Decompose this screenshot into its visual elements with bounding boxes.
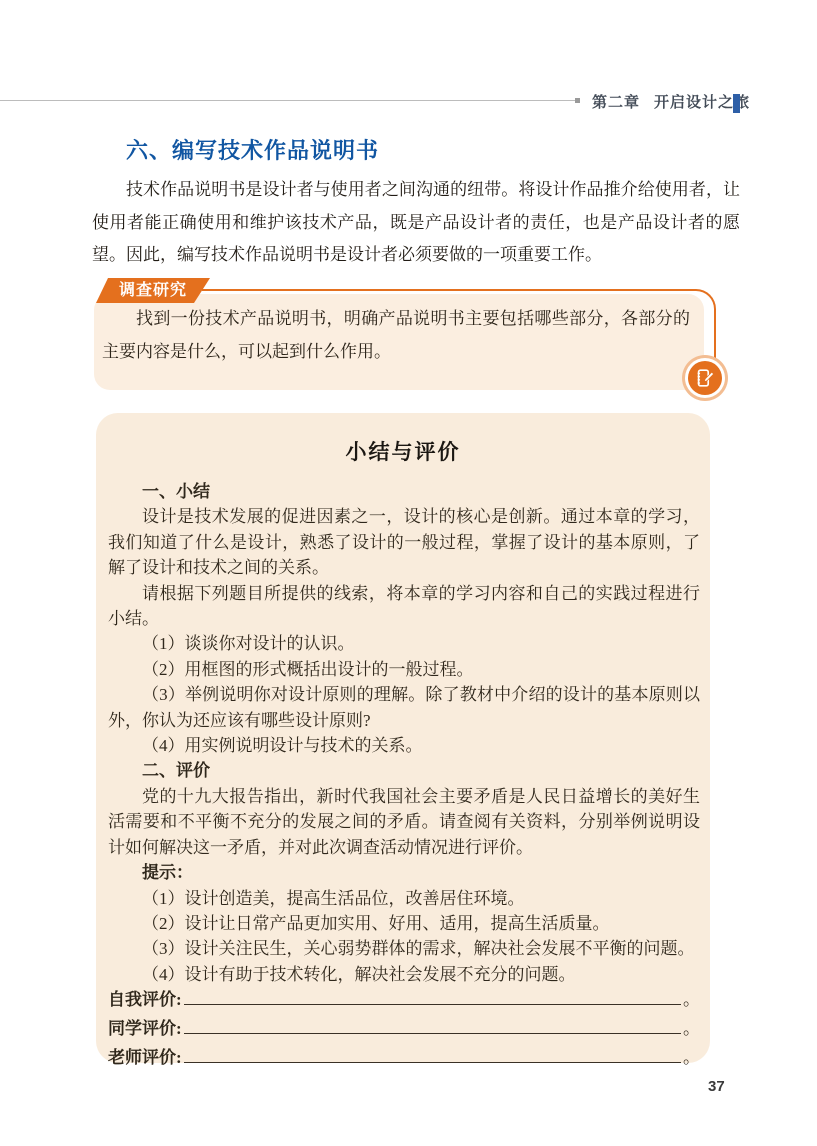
self-evaluation-period: 。 <box>683 987 700 1012</box>
running-header: 第二章开启设计之旅 <box>592 91 750 112</box>
self-evaluation-line: 自我评价: 。 <box>108 987 700 1016</box>
intro-paragraph: 技术作品说明书是设计者与使用者之间沟通的纽带。将设计作品推介给使用者，让使用者能… <box>92 174 740 272</box>
teacher-evaluation-period: 。 <box>683 1045 700 1070</box>
part1-item-4: （4）用实例说明设计与技术的关系。 <box>108 733 700 758</box>
hint-item-4: （4）设计有助于技术转化，解决社会发展不充分的问题。 <box>108 962 700 987</box>
peer-evaluation-line: 同学评价: 。 <box>108 1016 700 1045</box>
summary-evaluation-box: 小结与评价 一、小结 设计是技术发展的促进因素之一，设计的核心是创新。通过本章的… <box>96 413 710 1063</box>
hint-item-3: （3）设计关注民生，关心弱势群体的需求，解决社会发展不平衡的问题。 <box>108 936 700 961</box>
part1-paragraph-1: 设计是技术发展的促进因素之一，设计的核心是创新。通过本章的学习，我们知道了什么是… <box>108 504 700 580</box>
self-evaluation-blank <box>184 1004 681 1005</box>
chapter-label: 第二章 <box>592 94 640 111</box>
teacher-evaluation-blank <box>184 1062 681 1063</box>
header-rule <box>0 100 576 101</box>
hint-item-2: （2）设计让日常产品更加实用、好用、适用，提高生活质量。 <box>108 911 700 936</box>
icon-white-ring <box>685 358 725 398</box>
survey-body-text: 找到一份技术产品说明书，明确产品说明书主要包括哪些部分，各部分的主要内容是什么，… <box>102 302 690 368</box>
survey-box: 调查研究 找到一份技术产品说明书，明确产品说明书主要包括哪些部分，各部分的主要内… <box>92 278 716 396</box>
notepad-pencil-icon <box>682 355 728 401</box>
summary-box-title: 小结与评价 <box>96 436 710 466</box>
peer-evaluation-blank <box>184 1033 681 1034</box>
peer-evaluation-label: 同学评价: <box>108 1016 182 1041</box>
survey-badge: 调查研究 <box>96 278 210 303</box>
part2-paragraph-1: 党的十九大报告指出，新时代我国社会主要矛盾是人民日益增长的美好生活需要和不平衡不… <box>108 784 700 860</box>
part1-heading: 一、小结 <box>108 479 700 504</box>
teacher-evaluation-label: 老师评价: <box>108 1045 182 1070</box>
notepad-pencil-glyph <box>694 367 716 389</box>
part1-item-2: （2）用框图的形式概括出设计的一般过程。 <box>108 657 700 682</box>
part1-item-1: （1）谈谈你对设计的认识。 <box>108 631 700 656</box>
part1-paragraph-2: 请根据下列题目所提供的线索，将本章的学习内容和自己的实践过程进行小结。 <box>108 581 700 632</box>
hint-item-1: （1）设计创造美，提高生活品位，改善居住环境。 <box>108 886 700 911</box>
teacher-evaluation-line: 老师评价: 。 <box>108 1045 700 1074</box>
part1-item-3: （3）举例说明你对设计原则的理解。除了教材中介绍的设计的基本原则以外，你认为还应… <box>108 682 700 733</box>
self-evaluation-label: 自我评价: <box>108 987 182 1012</box>
section-heading: 六、编写技术作品说明书 <box>126 134 379 165</box>
peer-evaluation-period: 。 <box>683 1016 700 1041</box>
page-number: 37 <box>708 1078 725 1095</box>
header-accent-bar <box>733 94 740 113</box>
header-rule-end-dot <box>575 98 580 103</box>
hint-heading: 提示： <box>108 860 700 885</box>
summary-box-content: 一、小结 设计是技术发展的促进因素之一，设计的核心是创新。通过本章的学习，我们知… <box>108 479 700 1074</box>
part2-heading: 二、评价 <box>108 758 700 783</box>
icon-orange-disc <box>688 361 722 395</box>
